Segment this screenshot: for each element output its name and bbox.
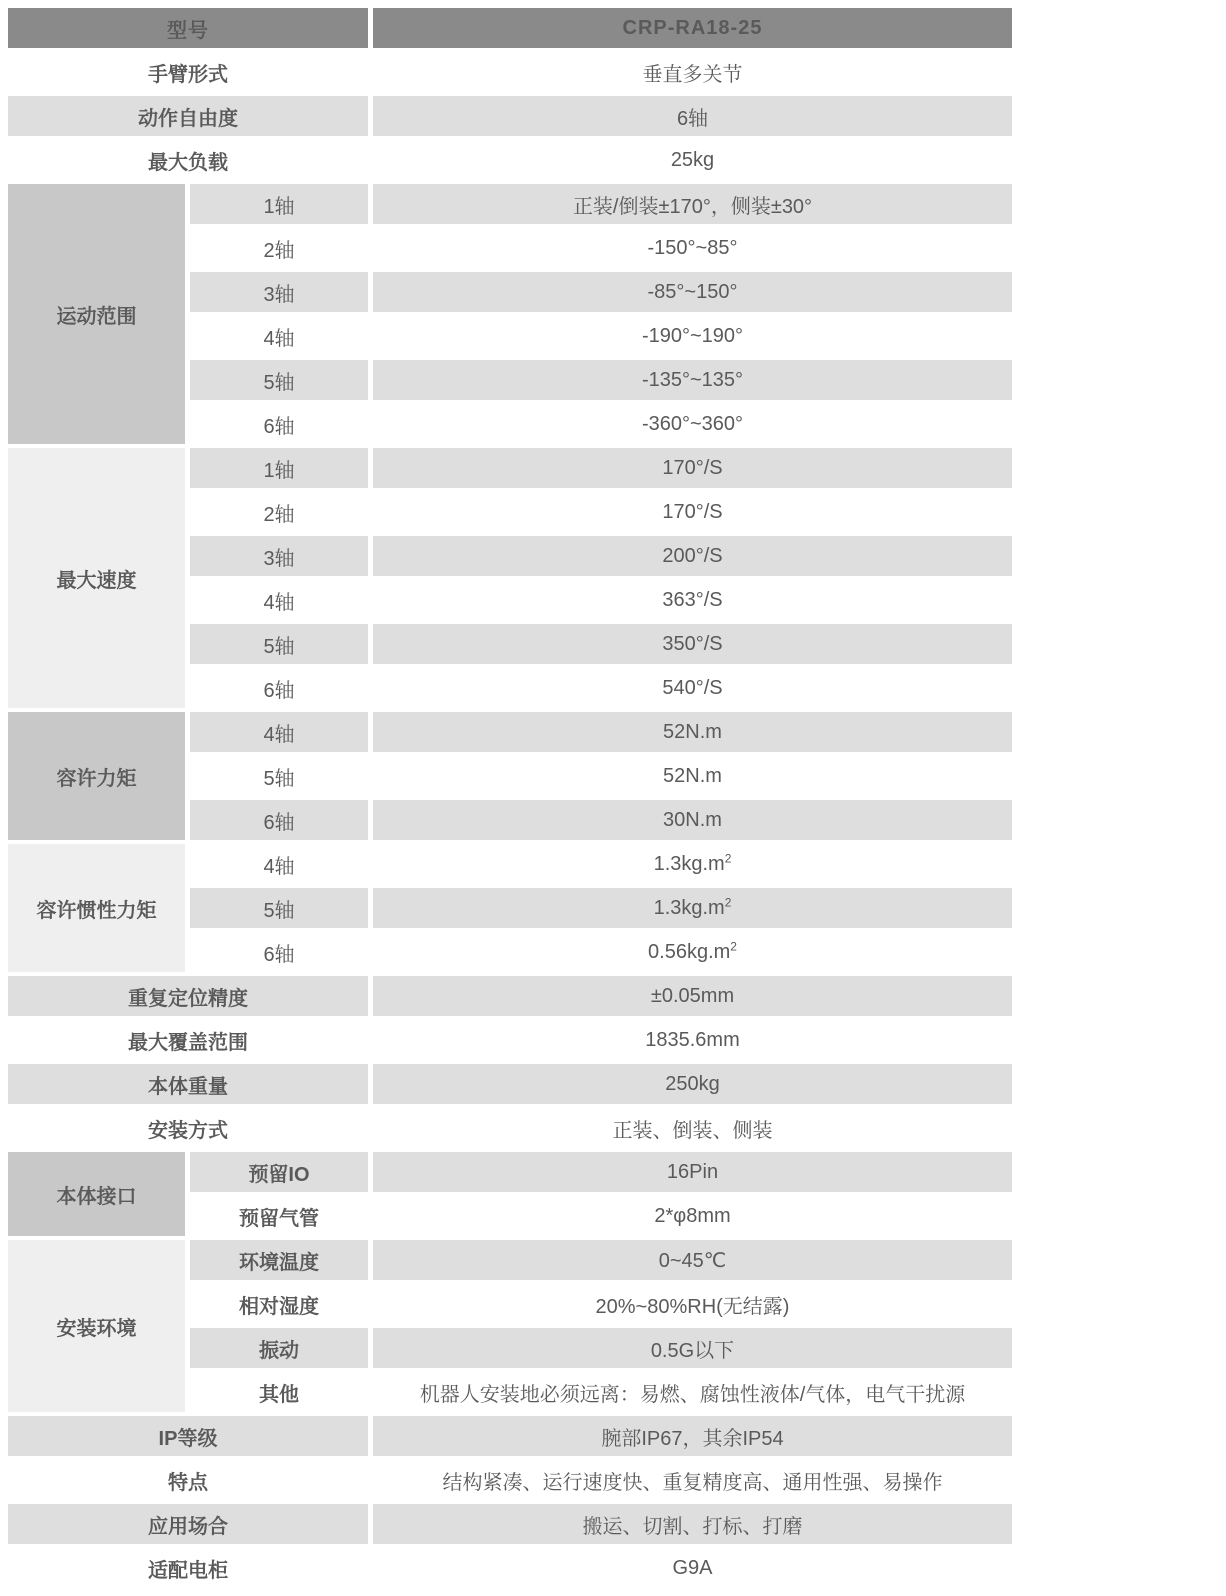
value-superscript: 2 <box>730 939 737 953</box>
spec-table-body: 型号CRP-RA18-25手臂形式垂直多关节动作自由度6轴最大负载25kg运动范… <box>8 8 1012 1588</box>
spec-row-value: -190°~190° <box>373 316 1012 356</box>
spec-row-value: 正装、倒装、侧装 <box>373 1108 1012 1148</box>
spec-row-label: 其他 <box>190 1372 368 1412</box>
spec-row-value: 1.3kg.m2 <box>373 844 1012 884</box>
spec-row-label: 特点 <box>8 1460 368 1500</box>
spec-row: 手臂形式垂直多关节 <box>8 52 1012 92</box>
axis-label: 5轴 <box>190 888 368 928</box>
spec-row-label: 振动 <box>190 1328 368 1368</box>
spec-row-value: 16Pin <box>373 1152 1012 1192</box>
spec-row: 运动范围1轴正装/倒装±170°，侧装±30° <box>8 184 1012 224</box>
spec-row-value: -360°~360° <box>373 404 1012 444</box>
spec-row: 容许惯性力矩4轴1.3kg.m2 <box>8 844 1012 884</box>
spec-row-value: 6轴 <box>373 96 1012 136</box>
spec-row: 特点结构紧凑、运行速度快、重复精度高、通用性强、易操作 <box>8 1460 1012 1500</box>
group-label: 安装环境 <box>8 1240 185 1412</box>
spec-row-value: ±0.05mm <box>373 976 1012 1016</box>
value-superscript: 2 <box>725 851 732 865</box>
spec-row-value: 170°/S <box>373 492 1012 532</box>
axis-label: 5轴 <box>190 624 368 664</box>
spec-row-value: 腕部IP67，其余IP54 <box>373 1416 1012 1456</box>
spec-table: 型号CRP-RA18-25手臂形式垂直多关节动作自由度6轴最大负载25kg运动范… <box>3 4 1017 1592</box>
value-text: 0.56kg.m <box>648 941 730 963</box>
spec-row-value: 搬运、切割、打标、打磨 <box>373 1504 1012 1544</box>
group-label: 运动范围 <box>8 184 185 444</box>
spec-row-value: G9A <box>373 1548 1012 1588</box>
spec-row-label: 预留气管 <box>190 1196 368 1236</box>
axis-label: 5轴 <box>190 360 368 400</box>
group-label: 本体接口 <box>8 1152 185 1236</box>
spec-row-value: 0.56kg.m2 <box>373 932 1012 972</box>
axis-label: 2轴 <box>190 228 368 268</box>
spec-row-value: 机器人安装地必须远离：易燃、腐蚀性液体/气体，电气干扰源 <box>373 1372 1012 1412</box>
spec-row-value: 1835.6mm <box>373 1020 1012 1060</box>
spec-row-label: IP等级 <box>8 1416 368 1456</box>
spec-row-value: -135°~135° <box>373 360 1012 400</box>
spec-row: 本体重量250kg <box>8 1064 1012 1104</box>
model-header-value: CRP-RA18-25 <box>373 8 1012 48</box>
spec-row-value: 540°/S <box>373 668 1012 708</box>
spec-row: 本体接口预留IO16Pin <box>8 1152 1012 1192</box>
spec-row-label: 重复定位精度 <box>8 976 368 1016</box>
spec-row: 容许力矩4轴52N.m <box>8 712 1012 752</box>
axis-label: 6轴 <box>190 404 368 444</box>
spec-row-value: 垂直多关节 <box>373 52 1012 92</box>
spec-row-label: 预留IO <box>190 1152 368 1192</box>
spec-row-label: 安装方式 <box>8 1108 368 1148</box>
axis-label: 4轴 <box>190 844 368 884</box>
spec-row-label: 手臂形式 <box>8 52 368 92</box>
spec-row-label: 应用场合 <box>8 1504 368 1544</box>
spec-row-value: 250kg <box>373 1064 1012 1104</box>
value-text: 1.3kg.m <box>654 853 725 875</box>
axis-label: 4轴 <box>190 712 368 752</box>
spec-row: 最大负载25kg <box>8 140 1012 180</box>
spec-sheet-page: 型号CRP-RA18-25手臂形式垂直多关节动作自由度6轴最大负载25kg运动范… <box>0 0 1226 1596</box>
spec-row-value: 30N.m <box>373 800 1012 840</box>
axis-label: 6轴 <box>190 668 368 708</box>
spec-row-label: 最大负载 <box>8 140 368 180</box>
spec-row-label: 相对湿度 <box>190 1284 368 1324</box>
spec-row-value: -150°~85° <box>373 228 1012 268</box>
spec-row: 重复定位精度±0.05mm <box>8 976 1012 1016</box>
model-header-label: 型号 <box>8 8 368 48</box>
spec-row: 动作自由度6轴 <box>8 96 1012 136</box>
axis-label: 4轴 <box>190 580 368 620</box>
axis-label: 1轴 <box>190 184 368 224</box>
spec-row-value: 170°/S <box>373 448 1012 488</box>
value-superscript: 2 <box>725 895 732 909</box>
group-label: 容许惯性力矩 <box>8 844 185 972</box>
axis-label: 6轴 <box>190 800 368 840</box>
spec-row: 适配电柜G9A <box>8 1548 1012 1588</box>
spec-row-value: 0.5G以下 <box>373 1328 1012 1368</box>
group-label: 容许力矩 <box>8 712 185 840</box>
spec-row: 最大覆盖范围1835.6mm <box>8 1020 1012 1060</box>
spec-row-label: 最大覆盖范围 <box>8 1020 368 1060</box>
spec-row: 应用场合搬运、切割、打标、打磨 <box>8 1504 1012 1544</box>
spec-row: 最大速度1轴170°/S <box>8 448 1012 488</box>
spec-row-value: 20%~80%RH(无结露) <box>373 1284 1012 1324</box>
spec-row-value: 0~45℃ <box>373 1240 1012 1280</box>
spec-row-label: 动作自由度 <box>8 96 368 136</box>
spec-row: IP等级腕部IP67，其余IP54 <box>8 1416 1012 1456</box>
spec-row-label: 本体重量 <box>8 1064 368 1104</box>
spec-row-value: 52N.m <box>373 756 1012 796</box>
spec-row-value: 25kg <box>373 140 1012 180</box>
spec-row-value: 200°/S <box>373 536 1012 576</box>
table-header-row: 型号CRP-RA18-25 <box>8 8 1012 48</box>
spec-row-value: 结构紧凑、运行速度快、重复精度高、通用性强、易操作 <box>373 1460 1012 1500</box>
spec-row-value: 363°/S <box>373 580 1012 620</box>
spec-row-value: -85°~150° <box>373 272 1012 312</box>
spec-row-value: 52N.m <box>373 712 1012 752</box>
spec-row-value: 1.3kg.m2 <box>373 888 1012 928</box>
spec-row-label: 适配电柜 <box>8 1548 368 1588</box>
spec-row-value: 2*φ8mm <box>373 1196 1012 1236</box>
spec-row: 安装方式正装、倒装、侧装 <box>8 1108 1012 1148</box>
spec-row-value: 350°/S <box>373 624 1012 664</box>
axis-label: 3轴 <box>190 272 368 312</box>
axis-label: 3轴 <box>190 536 368 576</box>
value-text: 1.3kg.m <box>654 897 725 919</box>
group-label: 最大速度 <box>8 448 185 708</box>
axis-label: 2轴 <box>190 492 368 532</box>
axis-label: 6轴 <box>190 932 368 972</box>
axis-label: 5轴 <box>190 756 368 796</box>
spec-row-value: 正装/倒装±170°，侧装±30° <box>373 184 1012 224</box>
spec-row: 安装环境环境温度0~45℃ <box>8 1240 1012 1280</box>
axis-label: 1轴 <box>190 448 368 488</box>
axis-label: 4轴 <box>190 316 368 356</box>
spec-row-label: 环境温度 <box>190 1240 368 1280</box>
